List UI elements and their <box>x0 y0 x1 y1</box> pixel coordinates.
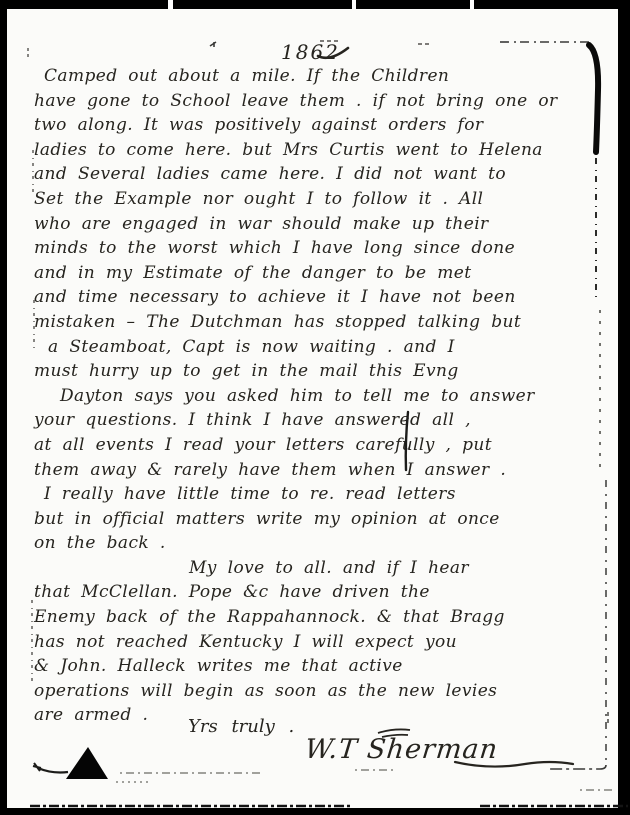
letter-lines: Camped out about a mile. If the Children… <box>34 64 596 728</box>
letter-line: have gone to School leave them . if not … <box>34 89 596 114</box>
letter-line: and in my Estimate of the danger to be m… <box>34 261 596 286</box>
date-mark: 1862 <box>281 40 340 64</box>
letter-line: My love to all. and if I hear <box>34 556 596 581</box>
letter-line: them away & rarely have them when I answ… <box>34 458 596 483</box>
letter-line: has not reached Kentucky I will expect y… <box>34 630 596 655</box>
letter-line: Camped out about a mile. If the Children <box>34 64 596 89</box>
letter-line: operations will begin as soon as the new… <box>34 679 596 704</box>
letter-line: at all events I read your letters carefu… <box>34 433 596 458</box>
letter-line: on the back . <box>34 531 596 556</box>
letter-line: Dayton says you asked him to tell me to … <box>34 384 596 409</box>
letter-line: Set the Example nor ought I to follow it… <box>34 187 596 212</box>
right-scan-edge <box>618 0 630 815</box>
letter-line: & John. Halleck writes me that active <box>34 654 596 679</box>
letter-line: minds to the worst which I have long sin… <box>34 236 596 261</box>
letter-line: who are engaged in war should make up th… <box>34 212 596 237</box>
closing-line: Yrs truly . <box>188 716 294 737</box>
letter-line: two along. It was positively against ord… <box>34 113 596 138</box>
letter-line: and time necessary to achieve it I have … <box>34 285 596 310</box>
left-scan-edge <box>0 0 7 815</box>
letter-line: are armed . <box>34 703 596 728</box>
letter-body: Camped out about a mile. If the Children… <box>34 64 596 728</box>
letter-line: ladies to come here. but Mrs Curtis went… <box>34 138 596 163</box>
bottom-scan-edge <box>0 808 630 815</box>
scanned-letter-page: { "document": { "kind": "Scanned handwri… <box>0 0 630 815</box>
letter-line: your questions. I think I have answered … <box>34 408 596 433</box>
letter-line: Enemy back of the Rappahannock. & that B… <box>34 605 596 630</box>
letter-line: I really have little time to re. read le… <box>34 482 596 507</box>
letter-line: but in official matters write my opinion… <box>34 507 596 532</box>
top-scan-edge <box>0 0 630 9</box>
letter-line: and Several ladies came here. I did not … <box>34 162 596 187</box>
letter-line: mistaken – The Dutchman has stopped talk… <box>34 310 596 335</box>
signature: W.T Sherman <box>303 734 499 765</box>
letter-line: must hurry up to get in the mail this Ev… <box>34 359 596 384</box>
letter-line: that McClellan. Pope &c have driven the <box>34 580 596 605</box>
letter-line: a Steamboat, Capt is now waiting . and I <box>34 335 596 360</box>
